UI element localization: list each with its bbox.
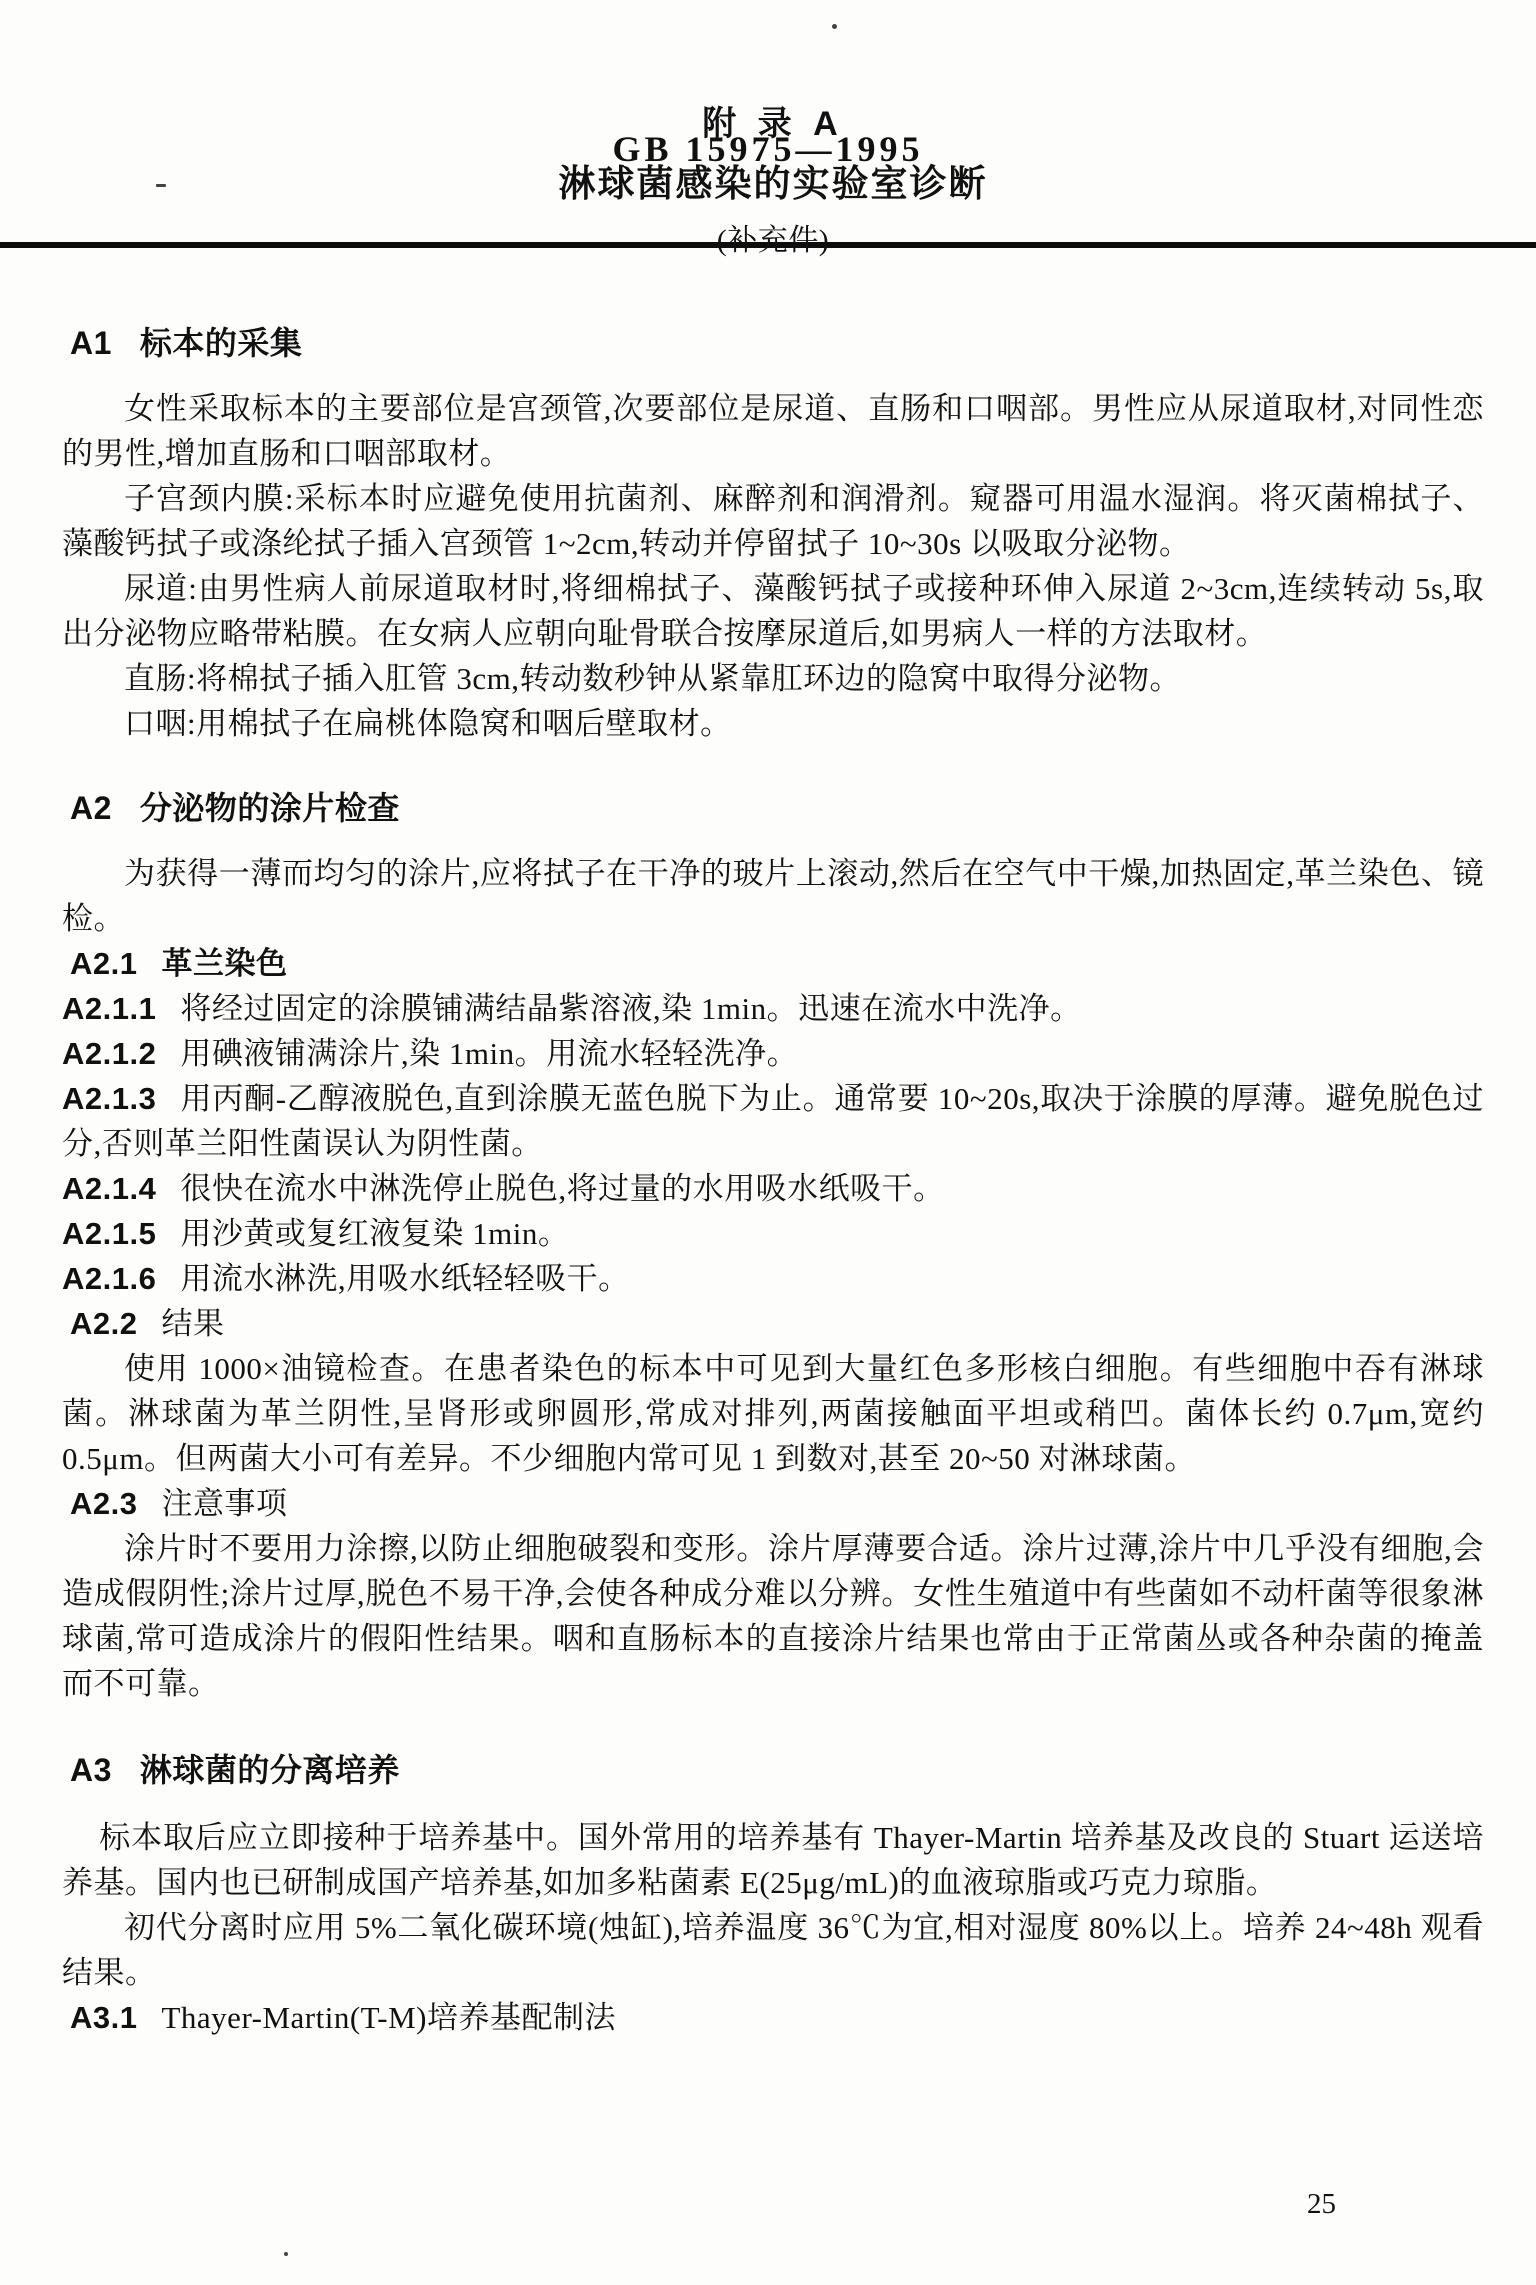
appendix-note: (补充件) (62, 218, 1484, 263)
subsection-a2-2-title: 结果 (161, 1306, 224, 1341)
clause-a2-1-1-text: 将经过固定的涂膜铺满结晶紫溶液,染 1min。迅速在流水中洗净。 (180, 991, 1081, 1026)
paragraph-a1-2: 子宫颈内膜:采标本时应避免使用抗菌剂、麻醉剂和润滑剂。窥器可用温水湿润。将灭菌棉… (62, 476, 1484, 566)
subsection-a2-1-title: 革兰染色 (161, 946, 287, 981)
clause-a2-1-4-text: 很快在流水中淋洗停止脱色,将过量的水用吸水纸吸干。 (180, 1171, 944, 1206)
clause-a2-1-6-text: 用流水淋洗,用吸水纸轻轻吸干。 (180, 1261, 629, 1296)
page-content: 附 录 A 淋球菌感染的实验室诊断 (补充件) A1标本的采集 女性采取标本的主… (62, 0, 1484, 2040)
appendix-title: 淋球菌感染的实验室诊断 (62, 161, 1484, 206)
section-a3-title: 淋球菌的分离培养 (140, 1752, 400, 1788)
subsection-a2-2-heading: A2.2结果 (70, 1301, 1484, 1346)
subsection-a2-3-heading: A2.3注意事项 (70, 1481, 1484, 1526)
page-number: 25 (1307, 2188, 1336, 2221)
section-a1-heading: A1标本的采集 (70, 321, 1484, 366)
paragraph-a1-4: 直肠:将棉拭子插入肛管 3cm,转动数秒钟从紧靠肛环边的隐窝中取得分泌物。 (62, 656, 1484, 701)
clause-a2-1-1: A2.1.1将经过固定的涂膜铺满结晶紫溶液,染 1min。迅速在流水中洗净。 (62, 986, 1484, 1031)
subsection-a2-3-title: 注意事项 (161, 1486, 287, 1521)
subsection-a3-1-number: A3.1 (70, 2000, 137, 2035)
scan-speck (284, 2252, 288, 2256)
paragraph-a1-3: 尿道:由男性病人前尿道取材时,将细棉拭子、藻酸钙拭子或接种环伸入尿道 2~3cm… (62, 566, 1484, 656)
clause-a2-1-1-number: A2.1.1 (62, 991, 156, 1026)
paragraph-a2-2: 使用 1000×油镜检查。在患者染色的标本中可见到大量红色多形核白细胞。有些细胞… (62, 1346, 1484, 1481)
section-a3-number: A3 (70, 1752, 112, 1788)
subsection-a2-1-number: A2.1 (70, 946, 137, 981)
clause-a2-1-3: A2.1.3用丙酮-乙醇液脱色,直到涂膜无蓝色脱下为止。通常要 10~20s,取… (62, 1076, 1484, 1166)
clause-a2-1-2: A2.1.2用碘液铺满涂片,染 1min。用流水轻轻洗净。 (62, 1031, 1484, 1076)
paragraph-a2-3: 涂片时不要用力涂擦,以防止细胞破裂和变形。涂片厚薄要合适。涂片过薄,涂片中几乎没… (62, 1526, 1484, 1706)
subsection-a2-2-number: A2.2 (70, 1306, 137, 1341)
clause-a2-1-6: A2.1.6用流水淋洗,用吸水纸轻轻吸干。 (62, 1256, 1484, 1301)
clause-a2-1-4: A2.1.4很快在流水中淋洗停止脱色,将过量的水用吸水纸吸干。 (62, 1166, 1484, 1211)
subsection-a3-1-title: Thayer-Martin(T-M)培养基配制法 (161, 2000, 615, 2035)
subsection-a2-1-heading: A2.1革兰染色 (70, 941, 1484, 986)
clause-a2-1-4-number: A2.1.4 (62, 1171, 156, 1206)
clause-a2-1-3-number: A2.1.3 (62, 1081, 156, 1116)
paragraph-a1-1: 女性采取标本的主要部位是宫颈管,次要部位是尿道、直肠和口咽部。男性应从尿道取材,… (62, 386, 1484, 476)
clause-a2-1-6-number: A2.1.6 (62, 1261, 156, 1296)
paragraph-a3-1: 标本取后应立即接种于培养基中。国外常用的培养基有 Thayer-Martin 培… (62, 1815, 1484, 1905)
clause-a2-1-5-text: 用沙黄或复红液复染 1min。 (180, 1216, 569, 1251)
document-page: GB 15975—1995 附 录 A 淋球菌感染的实验室诊断 (补充件) A1… (0, 0, 1536, 2285)
paragraph-a2-1: 为获得一薄而均匀的涂片,应将拭子在干净的玻片上滚动,然后在空气中干燥,加热固定,… (62, 851, 1484, 941)
appendix-label: 附 录 A (62, 102, 1484, 147)
subsection-a3-1-heading: A3.1Thayer-Martin(T-M)培养基配制法 (70, 1995, 1484, 2040)
section-a1-title: 标本的采集 (140, 325, 303, 361)
section-a2-number: A2 (70, 790, 112, 826)
section-a1-number: A1 (70, 325, 112, 361)
paragraph-a1-5: 口咽:用棉拭子在扁桃体隐窝和咽后壁取材。 (62, 701, 1484, 746)
clause-a2-1-3-text: 用丙酮-乙醇液脱色,直到涂膜无蓝色脱下为止。通常要 10~20s,取决于涂膜的厚… (62, 1081, 1484, 1161)
paragraph-a3-2: 初代分离时应用 5%二氧化碳环境(烛缸),培养温度 36℃为宜,相对湿度 80%… (62, 1905, 1484, 1995)
clause-a2-1-5-number: A2.1.5 (62, 1216, 156, 1251)
section-a3-heading: A3淋球菌的分离培养 (70, 1748, 1484, 1793)
clause-a2-1-2-number: A2.1.2 (62, 1036, 156, 1071)
section-a2-heading: A2分泌物的涂片检查 (70, 786, 1484, 831)
clause-a2-1-2-text: 用碘液铺满涂片,染 1min。用流水轻轻洗净。 (180, 1036, 798, 1071)
section-a2-title: 分泌物的涂片检查 (140, 790, 400, 826)
subsection-a2-3-number: A2.3 (70, 1486, 137, 1521)
clause-a2-1-5: A2.1.5用沙黄或复红液复染 1min。 (62, 1211, 1484, 1256)
